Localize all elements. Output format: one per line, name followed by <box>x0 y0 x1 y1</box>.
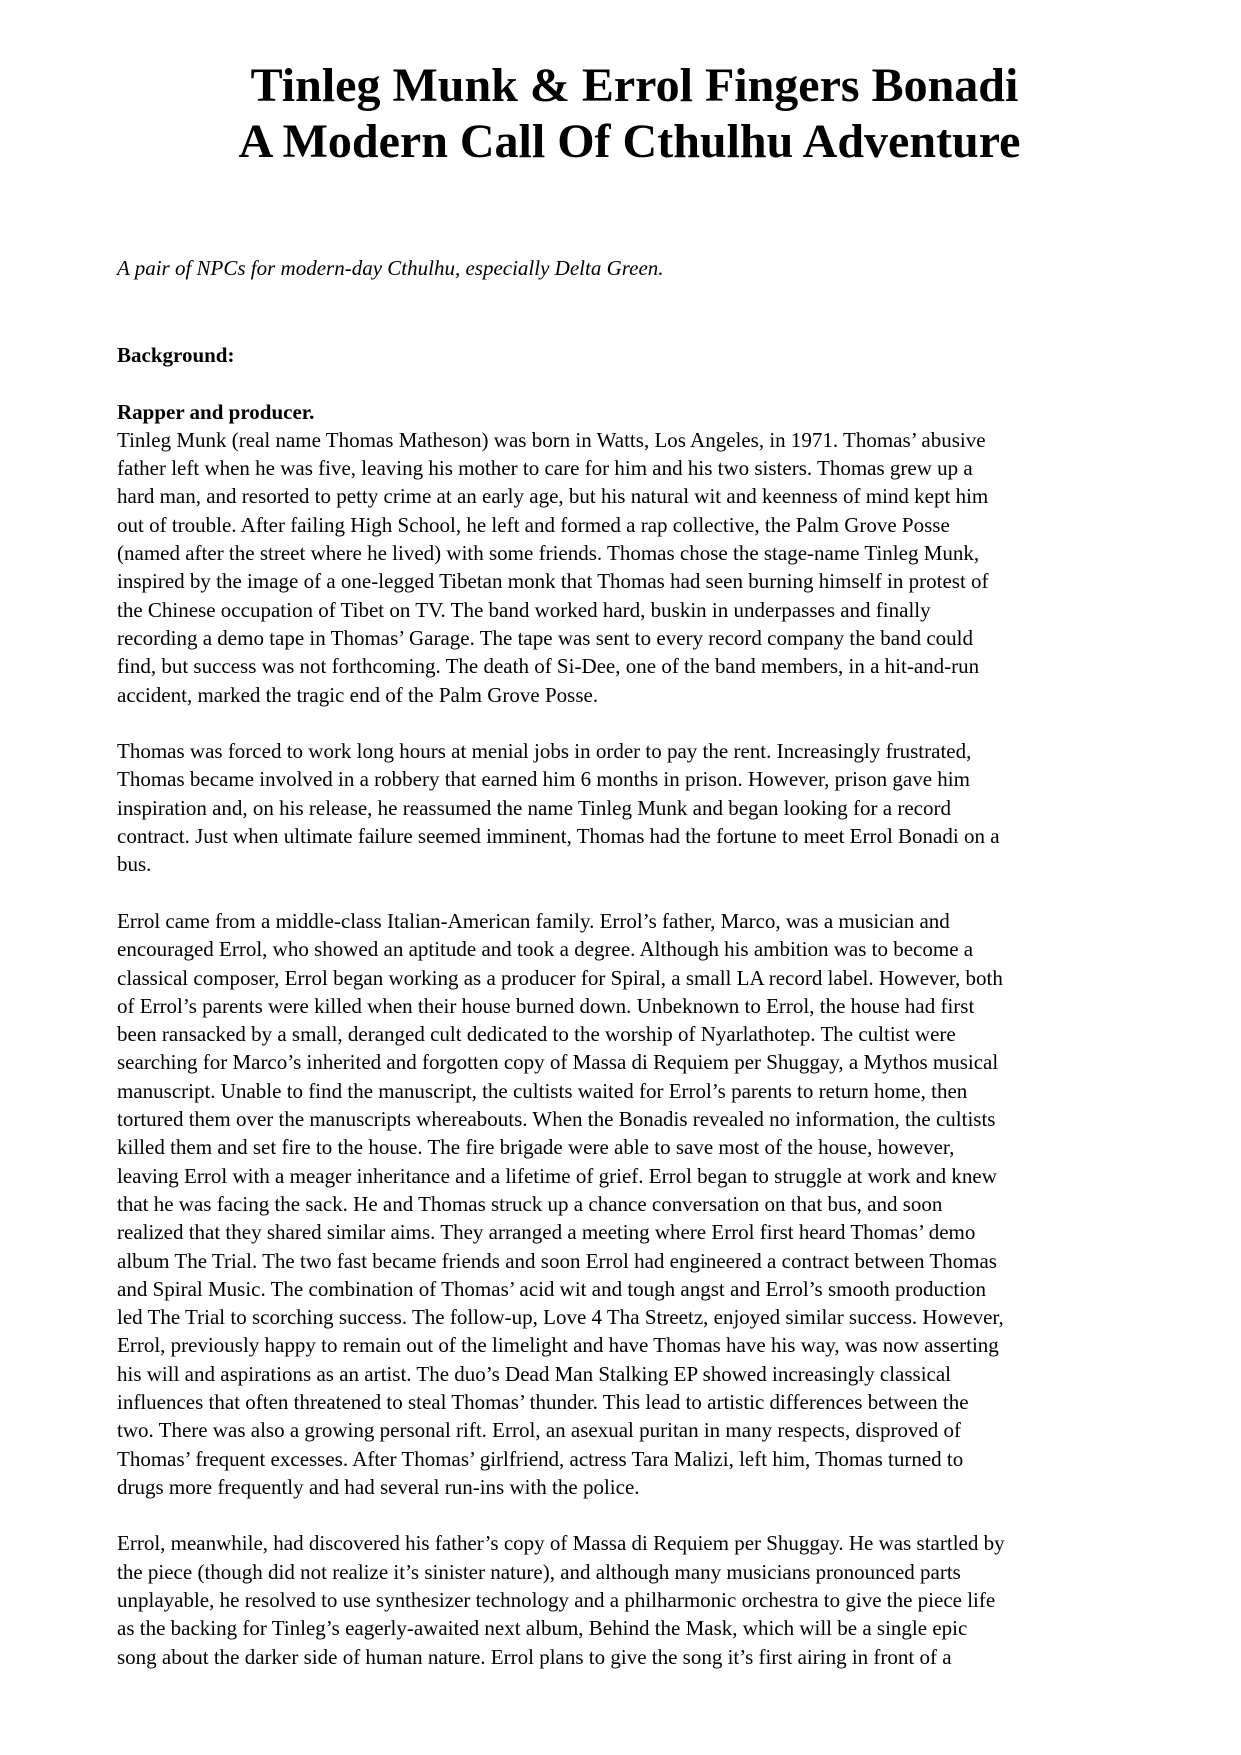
text-line: song about the darker side of human natu… <box>117 1643 1167 1671</box>
text-line: father left when he was five, leaving hi… <box>117 454 1167 482</box>
text-line: inspired by the image of a one-legged Ti… <box>117 567 1167 595</box>
text-line: Errol came from a middle-class Italian-A… <box>117 907 1167 935</box>
text-line: tortured them over the manuscripts where… <box>117 1105 1167 1133</box>
text-line: as the backing for Tinleg’s eagerly-awai… <box>117 1614 1167 1642</box>
text-line: encouraged Errol, who showed an aptitude… <box>117 935 1167 963</box>
title-line-1: Tinleg Munk & Errol Fingers Bonadi <box>0 58 1241 114</box>
paragraph-1: Tinleg Munk (real name Thomas Matheson) … <box>117 426 1167 709</box>
document-page: Tinleg Munk & Errol Fingers Bonadi A Mod… <box>0 0 1241 1755</box>
paragraph-2: Thomas was forced to work long hours at … <box>117 737 1167 878</box>
text-line: two. There was also a growing personal r… <box>117 1416 1167 1444</box>
text-line: bus. <box>117 850 1167 878</box>
text-line: realized that they shared similar aims. … <box>117 1218 1167 1246</box>
text-line: been ransacked by a small, deranged cult… <box>117 1020 1167 1048</box>
text-line: leaving Errol with a meager inheritance … <box>117 1162 1167 1190</box>
text-line: manuscript. Unable to find the manuscrip… <box>117 1077 1167 1105</box>
paragraph-4: Errol, meanwhile, had discovered his fat… <box>117 1529 1167 1670</box>
text-line: hard man, and resorted to petty crime at… <box>117 482 1167 510</box>
text-line: the piece (though did not realize it’s s… <box>117 1558 1167 1586</box>
section-heading-background: Background: <box>117 341 1167 369</box>
text-line: contract. Just when ultimate failure see… <box>117 822 1167 850</box>
text-line: led The Trial to scorching success. The … <box>117 1303 1167 1331</box>
text-line: and Spiral Music. The combination of Tho… <box>117 1275 1167 1303</box>
text-line: Thomas was forced to work long hours at … <box>117 737 1167 765</box>
text-line: Tinleg Munk (real name Thomas Matheson) … <box>117 426 1167 454</box>
text-line: of Errol’s parents were killed when thei… <box>117 992 1167 1020</box>
paragraph-3: Errol came from a middle-class Italian-A… <box>117 907 1167 1501</box>
text-line: that he was facing the sack. He and Thom… <box>117 1190 1167 1218</box>
text-line: his will and aspirations as an artist. T… <box>117 1360 1167 1388</box>
text-line: out of trouble. After failing High Schoo… <box>117 511 1167 539</box>
text-line: recording a demo tape in Thomas’ Garage.… <box>117 624 1167 652</box>
document-subtitle: A pair of NPCs for modern-day Cthulhu, e… <box>117 254 664 282</box>
text-line: the Chinese occupation of Tibet on TV. T… <box>117 596 1167 624</box>
text-line: accident, marked the tragic end of the P… <box>117 681 1167 709</box>
document-title: Tinleg Munk & Errol Fingers Bonadi A Mod… <box>0 58 1241 170</box>
text-line: influences that often threatened to stea… <box>117 1388 1167 1416</box>
text-line: Thomas’ frequent excesses. After Thomas’… <box>117 1445 1167 1473</box>
text-line: drugs more frequently and had several ru… <box>117 1473 1167 1501</box>
text-line: unplayable, he resolved to use synthesiz… <box>117 1586 1167 1614</box>
text-line: Errol, previously happy to remain out of… <box>117 1331 1167 1359</box>
title-line-2: A Modern Call Of Cthulhu Adventure <box>0 114 1241 170</box>
text-line: find, but success was not forthcoming. T… <box>117 652 1167 680</box>
text-line: (named after the street where he lived) … <box>117 539 1167 567</box>
text-line: killed them and set fire to the house. T… <box>117 1133 1167 1161</box>
document-body: Background: Rapper and producer. Tinleg … <box>117 341 1167 1699</box>
text-line: Errol, meanwhile, had discovered his fat… <box>117 1529 1167 1557</box>
text-line: Thomas became involved in a robbery that… <box>117 765 1167 793</box>
text-line: searching for Marco’s inherited and forg… <box>117 1048 1167 1076</box>
text-line: album The Trial. The two fast became fri… <box>117 1247 1167 1275</box>
text-line: classical composer, Errol began working … <box>117 964 1167 992</box>
text-line: inspiration and, on his release, he reas… <box>117 794 1167 822</box>
subsection-heading-rapper-producer: Rapper and producer. <box>117 398 1167 426</box>
